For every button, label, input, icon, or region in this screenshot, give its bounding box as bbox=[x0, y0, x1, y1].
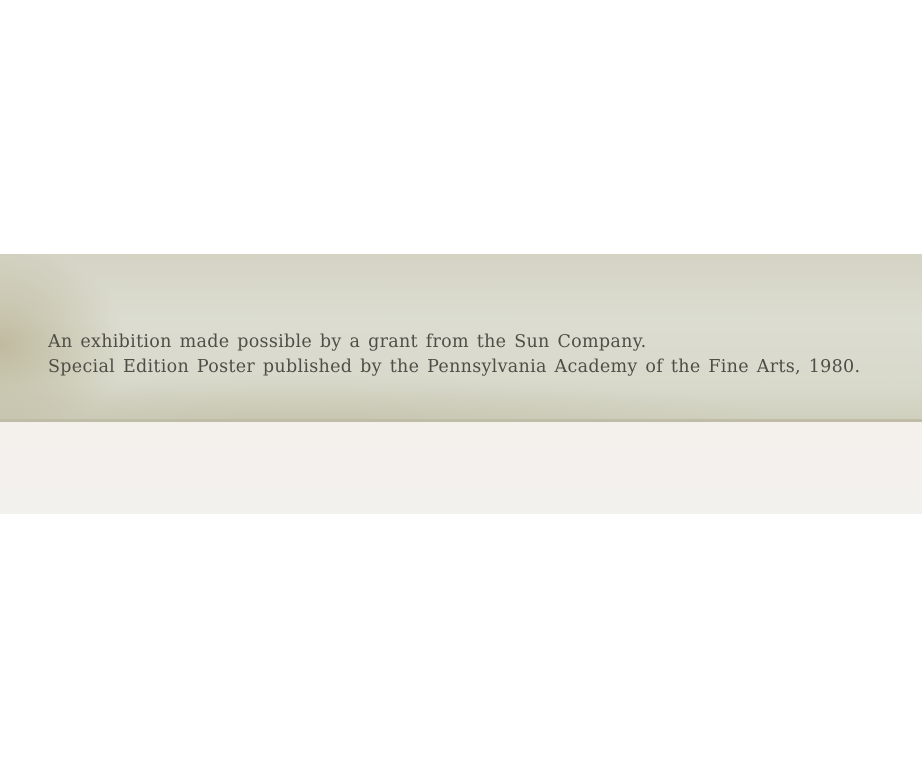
caption-line-1: An exhibition made possible by a grant f… bbox=[48, 330, 860, 355]
poster-bottom-margin bbox=[0, 422, 922, 514]
poster-caption: An exhibition made possible by a grant f… bbox=[48, 330, 860, 380]
caption-line-2: Special Edition Poster published by the … bbox=[48, 355, 860, 380]
